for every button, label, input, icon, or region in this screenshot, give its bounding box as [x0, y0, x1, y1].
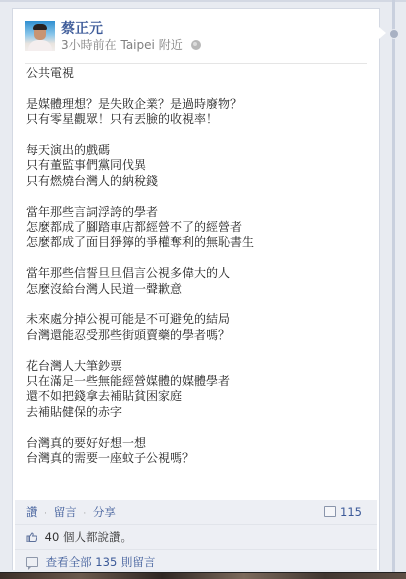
comments-row: 查看全部 135 則留言	[15, 550, 377, 574]
card-pointer-arrow	[379, 27, 386, 39]
location-prefix: 在	[105, 38, 117, 52]
action-bar: 讚 · 留言 · 分享 115	[15, 500, 377, 525]
post-timestamp[interactable]: 3小時前	[61, 38, 105, 52]
post-paragraph: 當年那些信誓旦旦倡言公視多偉大的人 怎麼沒給台灣人民道一聲歉意	[26, 266, 366, 297]
comment-bubble-icon	[26, 557, 38, 567]
post-meta: 3小時前在 Taipei 附近	[61, 38, 201, 53]
share-count[interactable]: 115	[324, 500, 362, 524]
post-paragraph: 未來處分掉公視可能是不可避免的結局 台灣還能忍受那些街頭賣藥的學者嗎？	[26, 312, 366, 343]
view-all-comments-link[interactable]: 查看全部 135 則留言	[46, 555, 156, 569]
top-border	[0, 0, 406, 2]
thumbs-up-icon	[26, 532, 37, 542]
separator-dot: ·	[83, 509, 86, 519]
globe-icon[interactable]	[191, 40, 201, 50]
likes-row: 40 個人都說讚。	[15, 525, 377, 550]
share-count-value: 115	[340, 505, 362, 519]
avatar-shirt	[28, 40, 52, 51]
avatar[interactable]	[25, 21, 55, 51]
post-header: 蔡正元 3小時前在 Taipei 附近	[25, 21, 367, 64]
timeline-line	[392, 0, 395, 579]
comment-button[interactable]: 留言	[54, 505, 77, 519]
share-icon	[324, 506, 336, 517]
post-paragraph: 公共電視	[26, 66, 366, 81]
post-paragraph: 當年那些言詞浮誇的學者 怎麼都成了腳踏車店都經營不了的經營者 怎麼都成了面目猙獰…	[26, 205, 366, 251]
author-name[interactable]: 蔡正元	[61, 20, 103, 38]
post-actions-panel: 讚 · 留言 · 分享 115 40 個人都說讚。 查看全部 135 則留言	[15, 500, 377, 570]
separator-dot: ·	[44, 509, 47, 519]
like-button[interactable]: 讚	[26, 505, 38, 519]
post-paragraph: 是媒體理想？是失敗企業？是過時廢物？ 只有零星觀眾！只有丟臉的收視率！	[26, 97, 366, 128]
location-suffix: 附近	[159, 38, 183, 52]
location-name[interactable]: Taipei	[120, 38, 154, 52]
post-paragraph: 每天演出的戲碼 只有董監事們黨同伐異 只有燃燒台灣人的納稅錢	[26, 143, 366, 189]
background-photo-strip	[0, 572, 406, 579]
post-paragraph: 花台灣人大筆鈔票 只在滿足一些無能經營媒體的媒體學者 還不如把錢拿去補貼貧困家庭…	[26, 359, 366, 421]
likes-summary[interactable]: 40 個人都說讚。	[45, 530, 132, 544]
timeline-dot	[389, 29, 399, 39]
post-body: 公共電視 是媒體理想？是失敗企業？是過時廢物？ 只有零星觀眾！只有丟臉的收視率！…	[26, 66, 366, 482]
share-button[interactable]: 分享	[93, 505, 116, 519]
post-paragraph: 台灣真的要好好想一想 台灣真的需要一座蚊子公視嗎？	[26, 436, 366, 467]
avatar-hair	[33, 24, 47, 30]
